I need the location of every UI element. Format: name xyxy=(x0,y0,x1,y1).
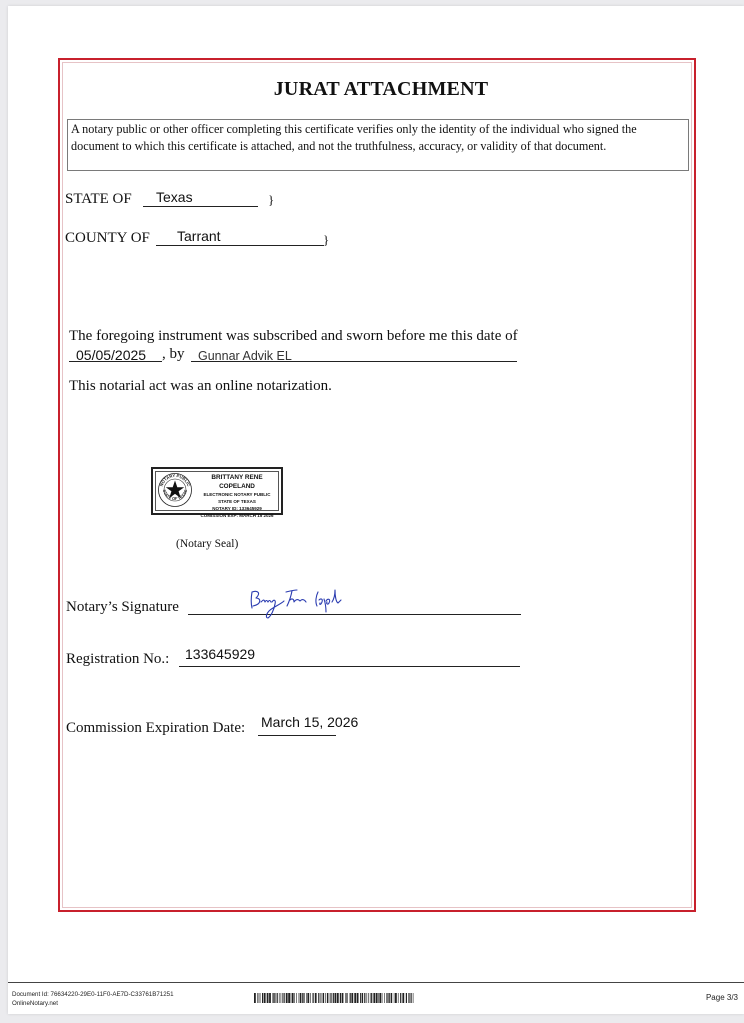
commission-label: Commission Expiration Date: xyxy=(66,720,245,737)
document-id: Document Id: 76634220-29E0-11F0-AE7D-C33… xyxy=(12,990,174,999)
registration-value[interactable]: 133645929 xyxy=(185,646,255,662)
notary-signature[interactable] xyxy=(246,584,356,624)
signature-label: Notary’s Signature xyxy=(66,599,179,616)
state-value[interactable]: Texas xyxy=(156,189,193,205)
commission-underline xyxy=(258,735,336,736)
document-page: JURAT ATTACHMENT A notary public or othe… xyxy=(8,6,744,1014)
barcode-icon xyxy=(254,993,414,1003)
jurat-sentence: The foregoing instrument was subscribed … xyxy=(69,328,518,345)
seal-text: BRITTANY RENE COPELAND ELECTRONIC NOTARY… xyxy=(195,473,279,519)
county-brace: } xyxy=(323,232,329,248)
disclaimer-box: A notary public or other officer complet… xyxy=(67,119,689,171)
seal-line: COMISSION EXP: MARCH 15 2026 xyxy=(195,512,279,519)
seal-line: STATE OF TEXAS xyxy=(195,498,279,505)
county-underline xyxy=(156,245,324,246)
seal-notary-name: BRITTANY RENE COPELAND xyxy=(195,473,279,491)
seal-line: NOTARY ID: 133645929 xyxy=(195,505,279,512)
document-title: JURAT ATTACHMENT xyxy=(66,78,696,101)
jurat-date[interactable]: 05/05/2025 xyxy=(76,347,146,363)
county-label: COUNTY OF xyxy=(65,230,150,247)
seal-line: ELECTRONIC NOTARY PUBLIC xyxy=(195,491,279,498)
registration-underline xyxy=(179,666,520,667)
notary-star-seal-icon: NOTARY PUBLIC STATE OF TEXAS xyxy=(157,472,193,508)
commission-value[interactable]: March 15, 2026 xyxy=(261,714,358,730)
footer-document-info: Document Id: 76634220-29E0-11F0-AE7D-C33… xyxy=(12,990,174,1008)
online-notarization-statement: This notarial act was an online notariza… xyxy=(69,378,332,395)
footer-divider xyxy=(8,982,744,983)
state-brace: } xyxy=(268,192,274,208)
state-underline xyxy=(143,206,258,207)
page-number: Page 3/3 xyxy=(706,993,738,1002)
jurat-by-label: , by xyxy=(162,346,185,363)
notary-seal: NOTARY PUBLIC STATE OF TEXAS BRITTANY RE… xyxy=(151,467,283,515)
seal-caption: (Notary Seal) xyxy=(176,538,238,550)
site-name: OnlineNotary.net xyxy=(12,999,174,1008)
jurat-signer[interactable]: Gunnar Advik EL xyxy=(198,349,292,363)
registration-label: Registration No.: xyxy=(66,651,169,668)
county-value[interactable]: Tarrant xyxy=(177,228,221,244)
state-label: STATE OF xyxy=(65,191,132,208)
